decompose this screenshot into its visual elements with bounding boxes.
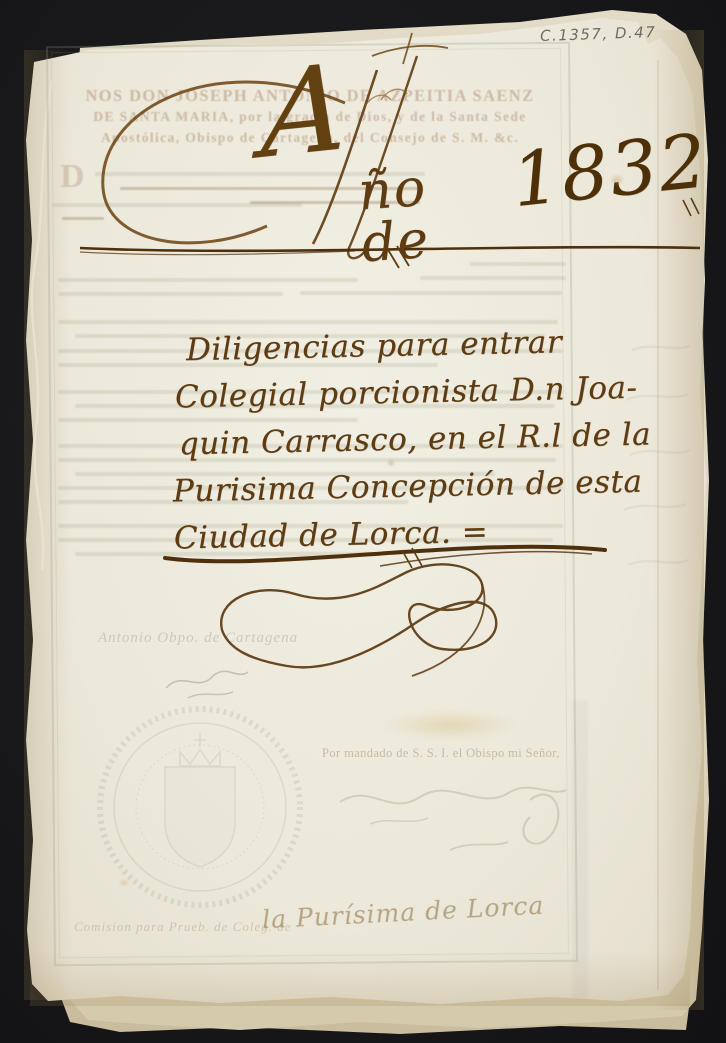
fox-spot (612, 176, 622, 184)
fox-spot (120, 880, 128, 886)
printed-mandate-line: Por mandado de S. S. I. el Obispo mi Señ… (322, 746, 560, 761)
faint-print-line (58, 320, 558, 324)
faint-print-line (58, 418, 358, 422)
year-heading-number: 1832 (509, 124, 712, 218)
faint-print-line (58, 278, 358, 282)
faint-print-line (300, 291, 562, 295)
faint-print-line (58, 292, 283, 296)
year-heading-word: ño de (356, 162, 432, 271)
year-heading-initial: A (260, 47, 349, 175)
photograph-stage: NOS DON JOSEPH ANTONIO DE AZPEITIA SAENZ… (0, 0, 726, 1043)
fox-spot (388, 460, 394, 466)
pencil-squiggle (158, 658, 258, 706)
faint-secretary-signature (330, 762, 580, 867)
printed-footer-line: Comision para Prueb. de Coleg. de (74, 919, 292, 935)
ink-smudge (382, 710, 518, 740)
